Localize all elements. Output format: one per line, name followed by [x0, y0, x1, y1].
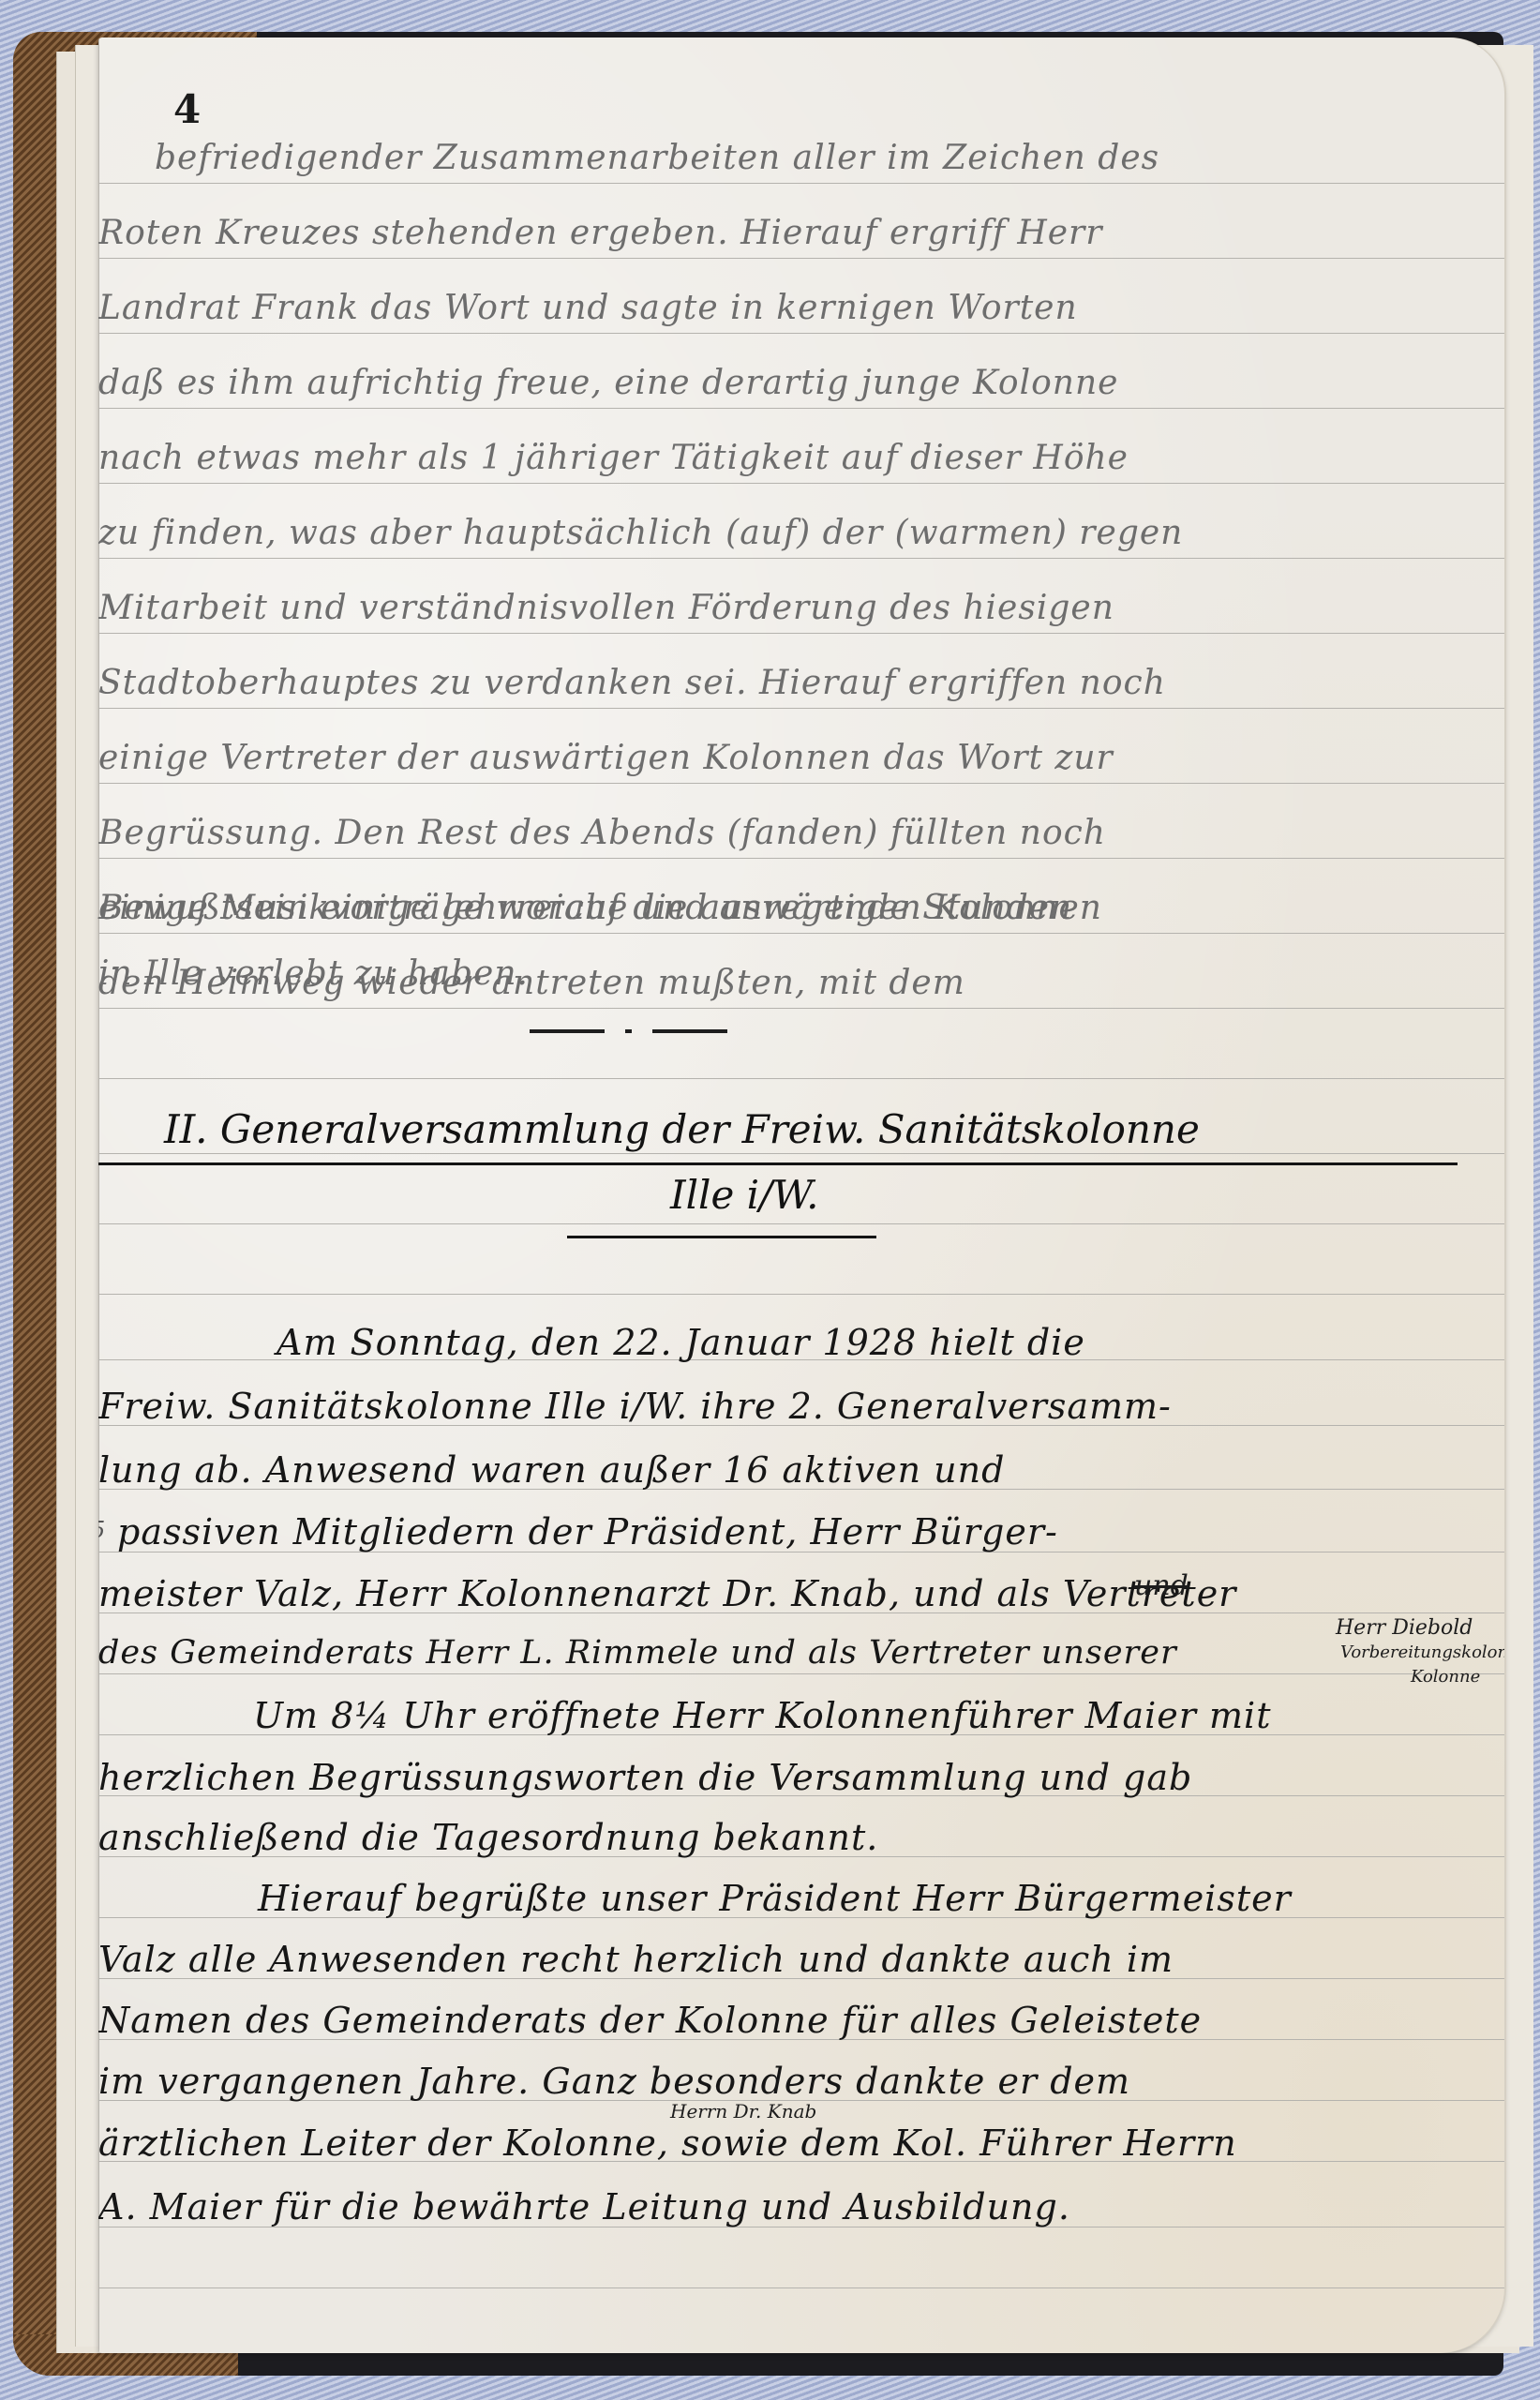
- ruled-line: [98, 783, 1504, 784]
- ruled-line: [98, 633, 1504, 634]
- text-line: Freiw. Sanitätskolonne Ille i/W. ihre 2.…: [98, 1386, 1172, 1427]
- insertion-above-line: Herr Diebold: [1336, 1616, 1473, 1640]
- ruled-line: [98, 1008, 1504, 1009]
- text-line: nach etwas mehr als 1 jähriger Tätigkeit…: [98, 439, 1129, 477]
- ruled-line: [98, 483, 1504, 484]
- text-line: befriedigender Zusammenarbeiten aller im…: [155, 139, 1159, 177]
- text-line: Hierauf begrüßte unser Präsident Herr Bü…: [98, 1878, 1292, 1919]
- text-line: Valz alle Anwesenden recht herzlich und …: [98, 1939, 1174, 1980]
- ruled-line: [98, 408, 1504, 409]
- ruled-line: [98, 2287, 1504, 2288]
- text-line: meister Valz, Herr Kolonnenarzt Dr. Knab…: [98, 1573, 1236, 1614]
- ruled-line: [98, 183, 1504, 184]
- notebook-page: 4 befriedigender Zusammenarbeiten aller …: [98, 37, 1504, 2353]
- ruled-line: [98, 1294, 1504, 1295]
- text-line: des Gemeinderats Herr L. Rimmele und als…: [98, 1634, 1177, 1672]
- text-line: daß es ihm aufrichtig freue, eine derart…: [98, 364, 1118, 402]
- text-line: Landrat Frank das Wort und sagte in kern…: [98, 289, 1078, 327]
- text-line: passiven Mitgliedern der Präsident, Herr…: [117, 1511, 1058, 1552]
- ruled-line: [98, 258, 1504, 259]
- text-line: Stadtoberhauptes zu verdanken sei. Hiera…: [98, 664, 1166, 702]
- separator-dash: [530, 1029, 605, 1033]
- page-number: 4: [173, 86, 201, 132]
- text-line: Bewußtsein einige lehrreiche und anregen…: [98, 889, 1072, 927]
- text-line: Roten Kreuzes stehenden ergeben. Hierauf…: [98, 214, 1102, 252]
- text-line: zu finden, was aber hauptsächlich (auf) …: [98, 514, 1183, 552]
- insertion-margin-below: Kolonne: [1411, 1667, 1480, 1687]
- text-line: ärztlichen Leiter der Kolonne, sowie dem…: [98, 2122, 1237, 2164]
- separator-dot: [625, 1029, 632, 1033]
- text-line: Mitarbeit und verständnisvollen Förderun…: [98, 589, 1114, 627]
- ruled-line: [98, 1223, 1504, 1224]
- text-line: A. Maier für die bewährte Leitung und Au…: [98, 2186, 1070, 2227]
- section-separator: [530, 1029, 727, 1033]
- struck-out-word: und: [1134, 1569, 1189, 1602]
- ruled-line: [98, 1153, 1504, 1154]
- text-line: lung ab. Anwesend waren außer 16 aktiven…: [98, 1449, 1005, 1491]
- ruled-line: [98, 933, 1504, 934]
- separator-dash: [652, 1029, 727, 1033]
- heading-underline: [98, 1162, 1458, 1165]
- text-line: Begrüssung. Den Rest des Abends (fanden)…: [98, 814, 1106, 852]
- ruled-line: [98, 708, 1504, 709]
- text-line: Um 8¼ Uhr eröffnete Herr Kolonnenführer …: [98, 1695, 1271, 1736]
- ruled-line: [98, 1673, 1504, 1674]
- ruled-line: [98, 858, 1504, 859]
- text-line: anschließend die Tagesordnung bekannt.: [98, 1817, 878, 1858]
- section-heading-subtitle: Ille i/W.: [670, 1172, 1504, 1218]
- subtitle-underline: [567, 1236, 876, 1238]
- text-line: Am Sonntag, den 22. Januar 1928 hielt di…: [98, 1322, 1085, 1363]
- section-heading: II. Generalversammlung der Freiw. Sanitä…: [164, 1106, 1504, 1152]
- text-line: in Ille verlebt zu haben.: [98, 954, 529, 993]
- text-line: einige Vertreter der auswärtigen Kolonne…: [98, 739, 1114, 777]
- ruled-line: [98, 558, 1504, 559]
- ruled-line: [98, 1078, 1504, 1079]
- text-line: herzlichen Begrüssungsworten die Versamm…: [98, 1757, 1192, 1798]
- ruled-line: [98, 333, 1504, 334]
- insertion-above-line: Herrn Dr. Knab: [670, 2100, 816, 2122]
- insertion-margin: Vorbereitungskolonne: [1340, 1642, 1504, 1662]
- text-line: Namen des Gemeinderats der Kolonne für a…: [98, 2000, 1202, 2041]
- margin-number: 5: [98, 1517, 105, 1543]
- text-line: im vergangenen Jahre. Ganz besonders dan…: [98, 2061, 1130, 2102]
